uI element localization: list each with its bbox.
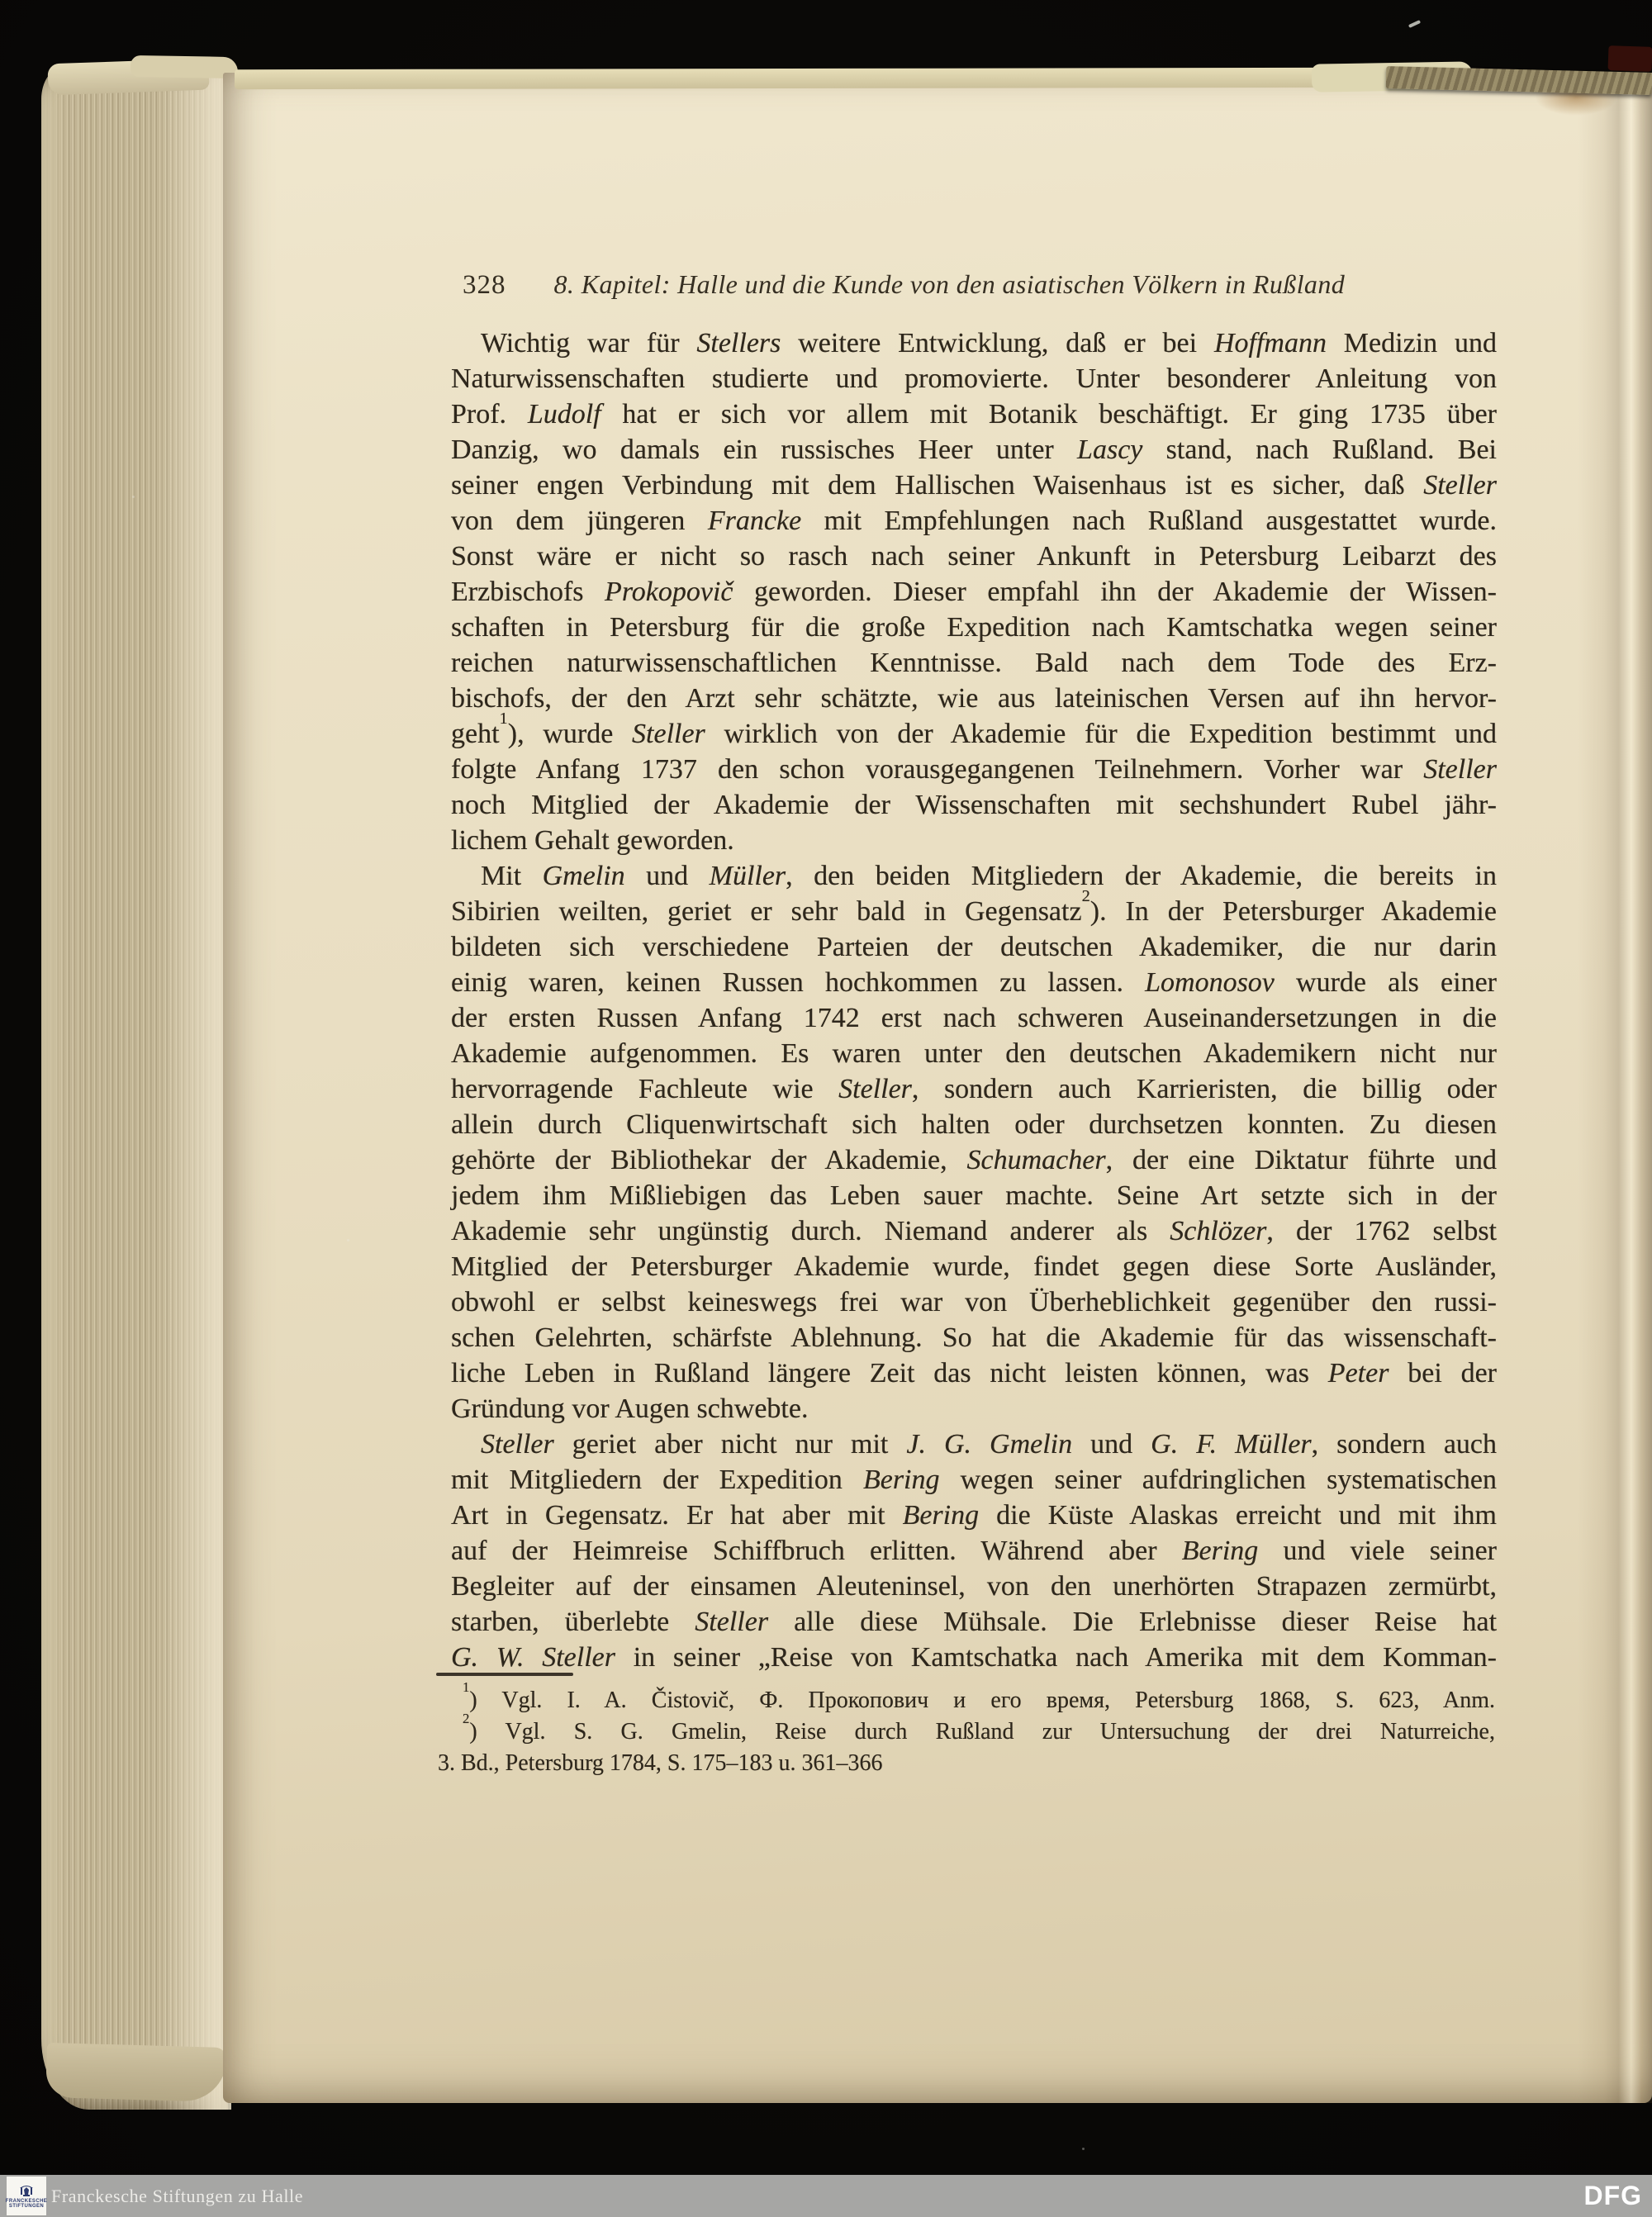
text-line: der ersten Russen Anfang 1742 erst nach … [451, 1000, 1497, 1036]
text-line: folgte Anfang 1737 den schon vorausgegan… [451, 752, 1497, 787]
text-line: 1) Vgl. I. A. Čistovič, Ф. Прокопович и … [438, 1685, 1495, 1716]
text-line: Akademie sehr ungünstig durch. Niemand a… [451, 1213, 1497, 1249]
text-line: Naturwissenschaften studierte und promov… [451, 361, 1497, 396]
gutter-fold-shadow [1578, 73, 1652, 2103]
dust-speck [1082, 2148, 1085, 2150]
text-line: einig waren, keinen Russen hochkommen zu… [451, 965, 1497, 1000]
text-line: bischofs, der den Arzt sehr schätzte, wi… [451, 681, 1497, 716]
text-line: Art in Gegensatz. Er hat aber mit Bering… [451, 1498, 1497, 1533]
text-line: schen Gelehrten, schärfste Ablehnung. So… [451, 1320, 1497, 1355]
running-head: 328 8. Kapitel: Halle und die Kunde von … [463, 269, 1345, 301]
text-line: lichem Gehalt geworden. [451, 823, 1497, 858]
dust-speck [132, 496, 135, 498]
text-line: reichen naturwissenschaftlichen Kenntnis… [451, 645, 1497, 681]
body-text: Wichtig war für Stellers weitere Entwick… [451, 325, 1497, 1675]
text-line: Akademie aufgenommen. Es waren unter den… [451, 1036, 1497, 1071]
footnotes: 1) Vgl. I. A. Čistovič, Ф. Прокопович и … [438, 1685, 1495, 1779]
text-line: Sonst wäre er nicht so rasch nach seiner… [451, 539, 1497, 574]
archive-label: Franckesche Stiftungen zu Halle [51, 2175, 303, 2217]
worn-corner-bottom-left [45, 2043, 227, 2102]
text-line: starben, überlebte Steller alle diese Mü… [451, 1604, 1497, 1640]
text-line: Mitglied der Petersburger Akademie wurde… [451, 1249, 1497, 1284]
text-line: Mit Gmelin und Müller, den beiden Mitgli… [451, 858, 1497, 894]
text-line: seiner engen Verbindung mit dem Hallisch… [451, 468, 1497, 503]
worn-corner-top-left-2 [131, 55, 238, 78]
text-line: Gründung vor Augen schwebte. [451, 1391, 1497, 1427]
text-line: Wichtig war für Stellers weitere Entwick… [451, 325, 1497, 361]
text-line: hervorragende Fachleute wie Steller, son… [451, 1071, 1497, 1107]
page-number: 328 [463, 270, 506, 301]
text-line: Steller geriet aber nicht nur mit J. G. … [451, 1427, 1497, 1462]
franckesche-emblem-icon [17, 2183, 36, 2198]
text-line: gehörte der Bibliothekar der Akademie, S… [451, 1142, 1497, 1178]
chapter-title: 8. Kapitel: Halle und die Kunde von den … [554, 269, 1346, 300]
text-line: 2) Vgl. S. G. Gmelin, Reise durch Rußlan… [438, 1716, 1495, 1748]
text-line: jedem ihm Mißliebigen das Leben sauer ma… [451, 1178, 1497, 1213]
text-line: obwohl er selbst keineswegs frei war von… [451, 1284, 1497, 1320]
cover-corner [1607, 45, 1652, 72]
text-line: liche Leben in Rußland längere Zeit das … [451, 1355, 1497, 1391]
text-line: allein durch Cliquenwirtschaft sich halt… [451, 1107, 1497, 1142]
text-line: Sibirien weilten, geriet er sehr bald in… [451, 894, 1497, 929]
footer-watermark-bar: FRANCKESCHE STIFTUNGEN Franckesche Stift… [0, 2175, 1652, 2217]
dfg-logo: DFG [1583, 2175, 1642, 2217]
text-line: Danzig, wo damals ein russisches Heer un… [451, 432, 1497, 468]
text-line: auf der Heimreise Schiffbruch erlitten. … [451, 1533, 1497, 1569]
scanned-book-photo: { "scan": { "running_head": { "page_numb… [0, 0, 1652, 2217]
dust-speck [347, 1239, 349, 1241]
page-top-edge [235, 68, 1366, 89]
text-line: Prof. Ludolf hat er sich vor allem mit B… [451, 396, 1497, 432]
page-edge-blend [157, 68, 231, 2110]
text-line: schaften in Petersburg für die große Exp… [451, 610, 1497, 645]
text-line: G. W. Steller in seiner „Reise von Kamts… [451, 1640, 1497, 1675]
text-line: noch Mitglied der Akademie der Wissensch… [451, 787, 1497, 823]
text-line: 3. Bd., Petersburg 1784, S. 175–183 u. 3… [438, 1748, 1495, 1779]
logo-text-line2: STIFTUNGEN [9, 2204, 44, 2209]
text-line: geht1), wurde Steller wirklich von der A… [451, 716, 1497, 752]
text-line: mit Mitgliedern der Expedition Bering we… [451, 1462, 1497, 1498]
scanned-book-page: 328 8. Kapitel: Halle und die Kunde von … [223, 73, 1652, 2103]
text-line: bildeten sich verschiedene Parteien der … [451, 929, 1497, 965]
scratch-mark [1408, 20, 1421, 28]
footnote-rule [436, 1673, 573, 1676]
text-line: Erzbischofs Prokopovič geworden. Dieser … [451, 574, 1497, 610]
text-line: Begleiter auf der einsamen Aleuteninsel,… [451, 1569, 1497, 1604]
franckesche-logo: FRANCKESCHE STIFTUNGEN [7, 2177, 46, 2215]
text-line: von dem jüngeren Francke mit Empfehlunge… [451, 503, 1497, 539]
